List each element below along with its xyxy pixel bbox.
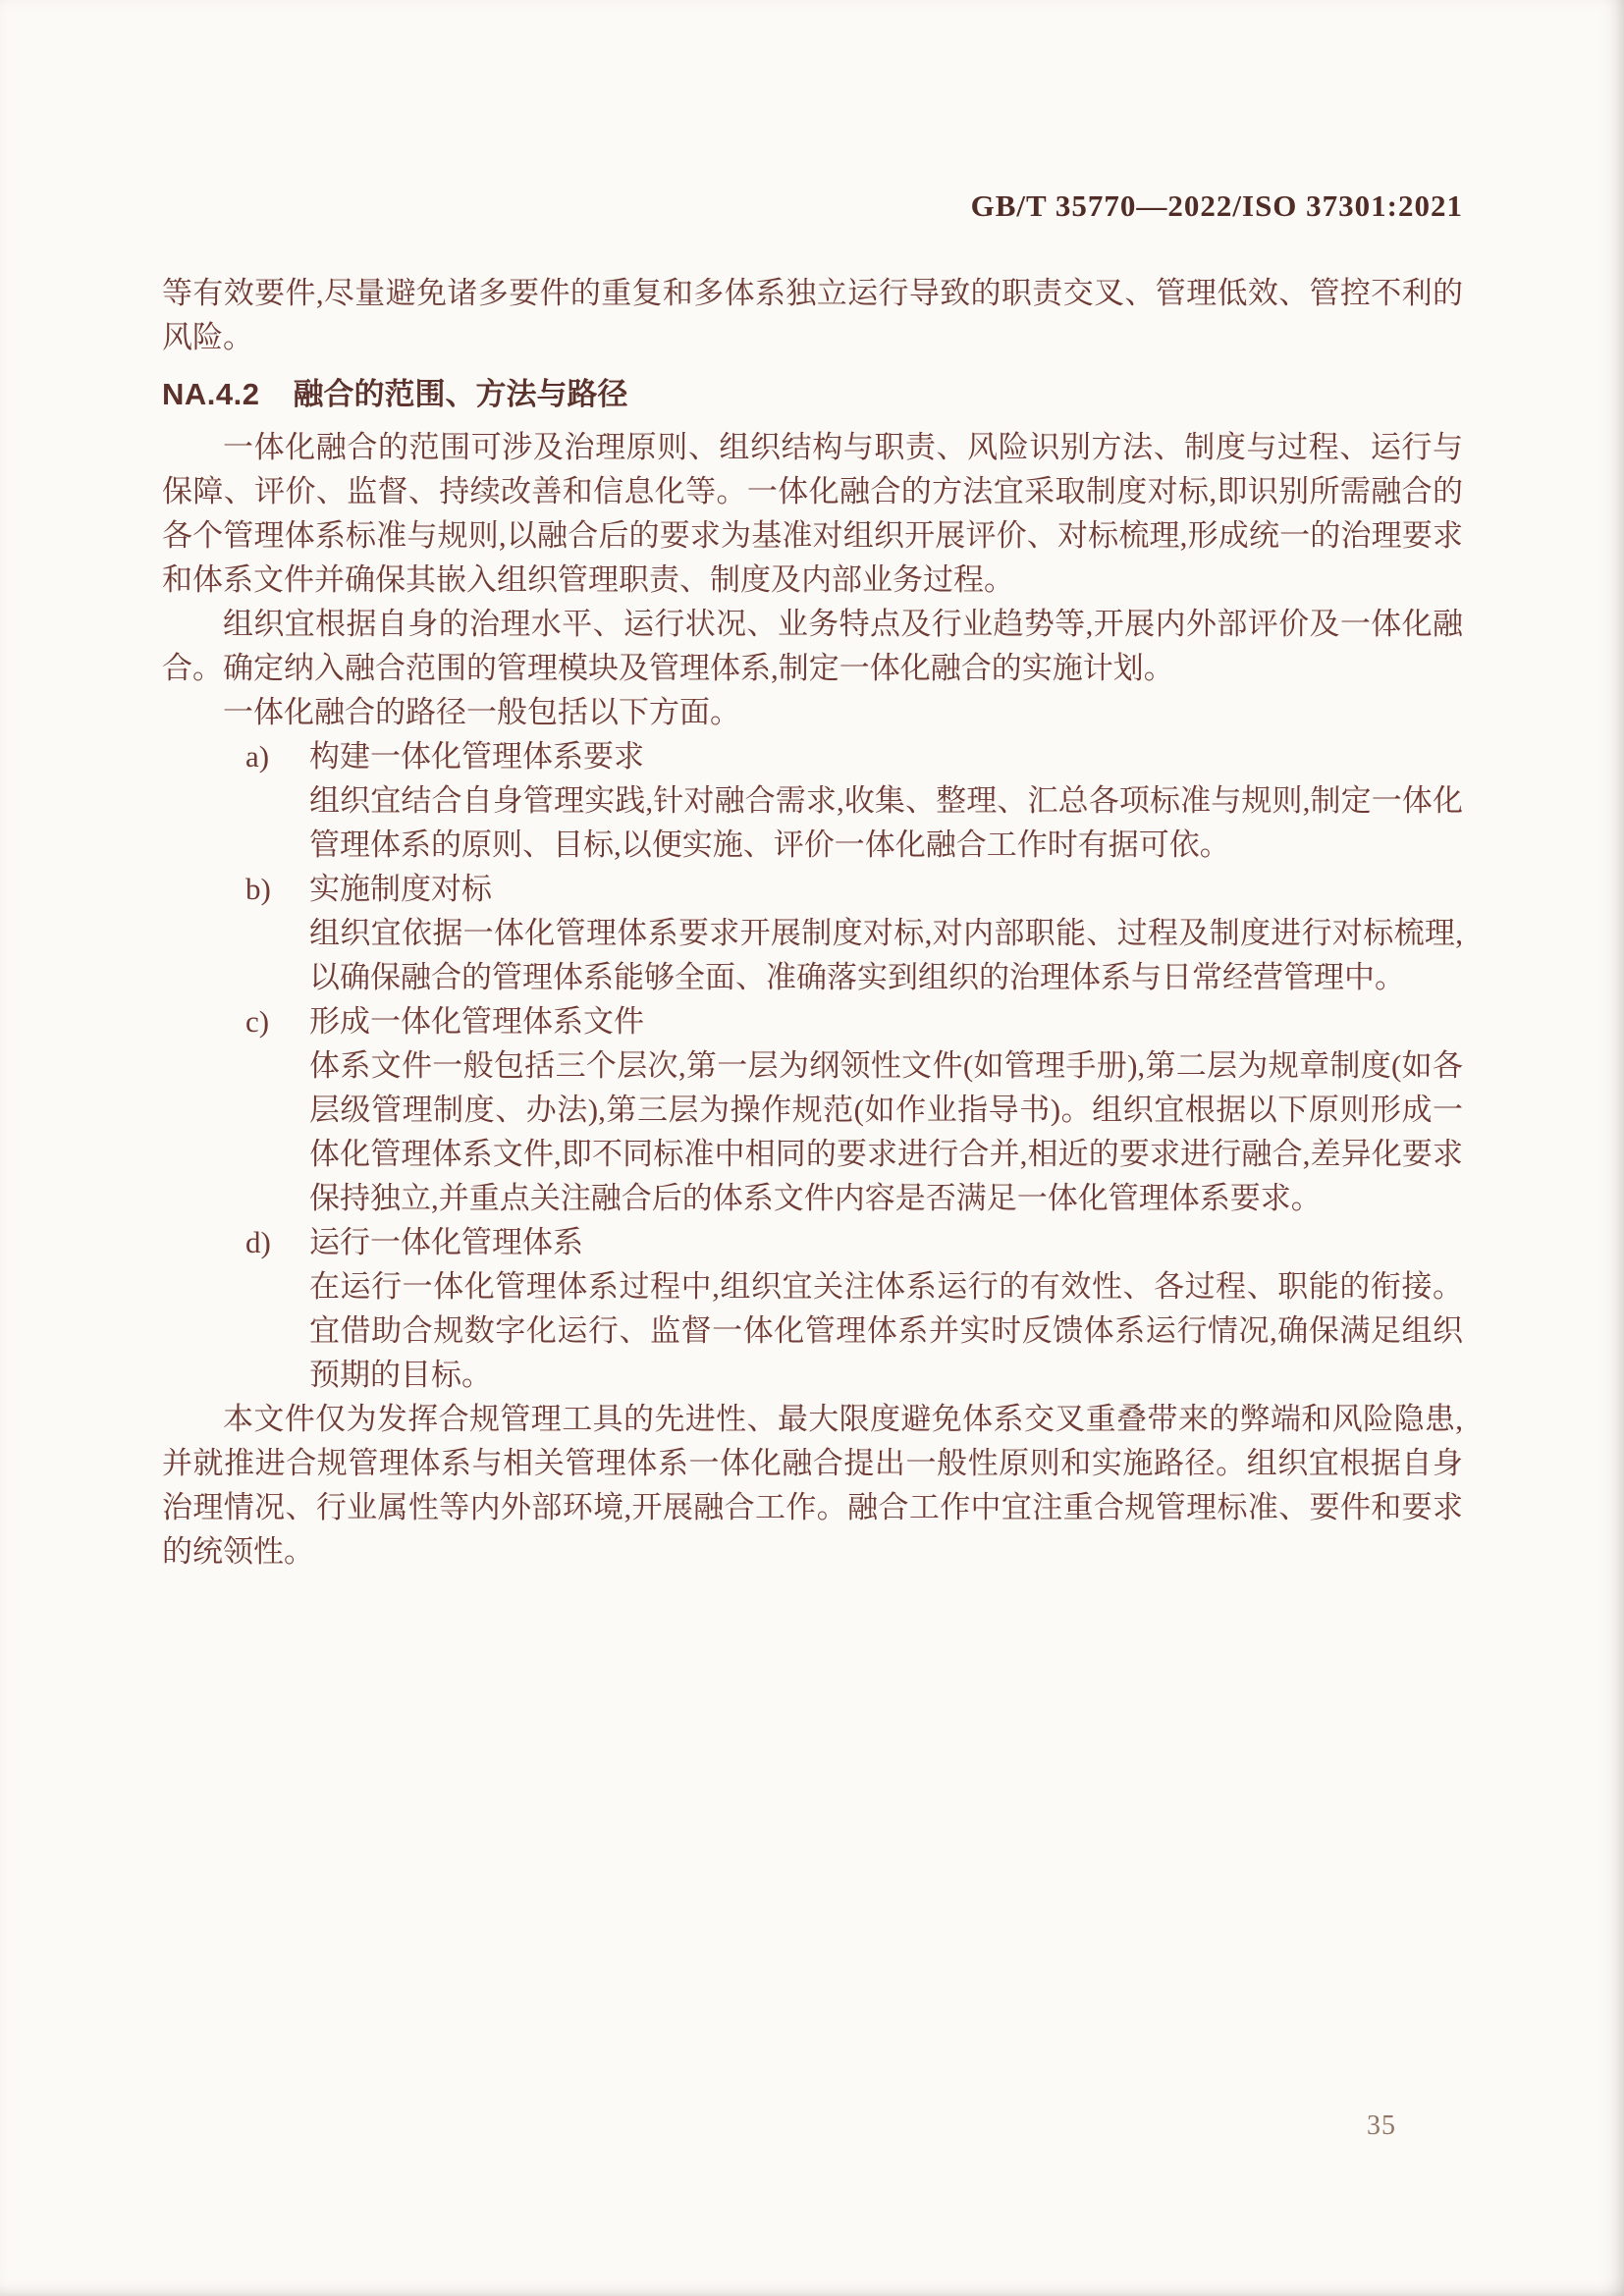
list-item-c: c)形成一体化管理体系文件 体系文件一般包括三个层次,第一层为纲领性文件(如管理… [162, 999, 1463, 1220]
list-item-a: a)构建一体化管理体系要求 组织宜结合自身管理实践,针对融合需求,收集、整理、汇… [162, 734, 1463, 867]
page-number: 35 [1367, 2110, 1396, 2142]
list-item-body: 组织宜结合自身管理实践,针对融合需求,收集、整理、汇总各项标准与规则,制定一体化… [162, 778, 1463, 867]
section-number: NA.4.2 [162, 377, 259, 411]
section-title: 融合的范围、方法与路径 [293, 377, 627, 411]
document-page: GB/T 35770—2022/ISO 37301:2021 等有效要件,尽量避… [0, 0, 1624, 2296]
list-marker: b) [245, 867, 309, 911]
closing-paragraph: 本文件仅为发挥合规管理工具的先进性、最大限度避免体系交叉重叠带来的弊端和风险隐患… [162, 1397, 1463, 1574]
list-item-title: 运行一体化管理体系 [309, 1225, 583, 1259]
section-heading: NA.4.2融合的范围、方法与路径 [162, 372, 1463, 416]
list-marker: c) [245, 999, 309, 1043]
continuation-paragraph: 等有效要件,尽量避免诸多要件的重复和多体系独立运行导致的职责交叉、管理低效、管控… [162, 271, 1463, 359]
list-item-title: 形成一体化管理体系文件 [309, 1004, 644, 1039]
body-paragraph: 组织宜根据自身的治理水平、运行状况、业务特点及行业趋势等,开展内外部评价及一体化… [162, 602, 1463, 690]
list-item-b: b)实施制度对标 组织宜依据一体化管理体系要求开展制度对标,对内部职能、过程及制… [162, 867, 1463, 999]
list-item-d: d)运行一体化管理体系 在运行一体化管理体系过程中,组织宜关注体系运行的有效性、… [162, 1220, 1463, 1397]
list-item-body: 组织宜依据一体化管理体系要求开展制度对标,对内部职能、过程及制度进行对标梳理,以… [162, 911, 1463, 999]
list-marker: a) [245, 734, 309, 778]
list-item-title: 构建一体化管理体系要求 [309, 739, 644, 774]
list-item-body: 在运行一体化管理体系过程中,组织宜关注体系运行的有效性、各过程、职能的衔接。宜借… [162, 1264, 1463, 1397]
list-item-body: 体系文件一般包括三个层次,第一层为纲领性文件(如管理手册),第二层为规章制度(如… [162, 1043, 1463, 1220]
body-paragraph: 一体化融合的路径一般包括以下方面。 [162, 690, 1463, 734]
body-paragraph: 一体化融合的范围可涉及治理原则、组织结构与职责、风险识别方法、制度与过程、运行与… [162, 425, 1463, 602]
list-item-title: 实施制度对标 [309, 872, 492, 906]
page-content: 等有效要件,尽量避免诸多要件的重复和多体系独立运行导致的职责交叉、管理低效、管控… [162, 271, 1463, 1574]
standard-code-header: GB/T 35770—2022/ISO 37301:2021 [971, 188, 1463, 224]
list-marker: d) [245, 1220, 309, 1264]
